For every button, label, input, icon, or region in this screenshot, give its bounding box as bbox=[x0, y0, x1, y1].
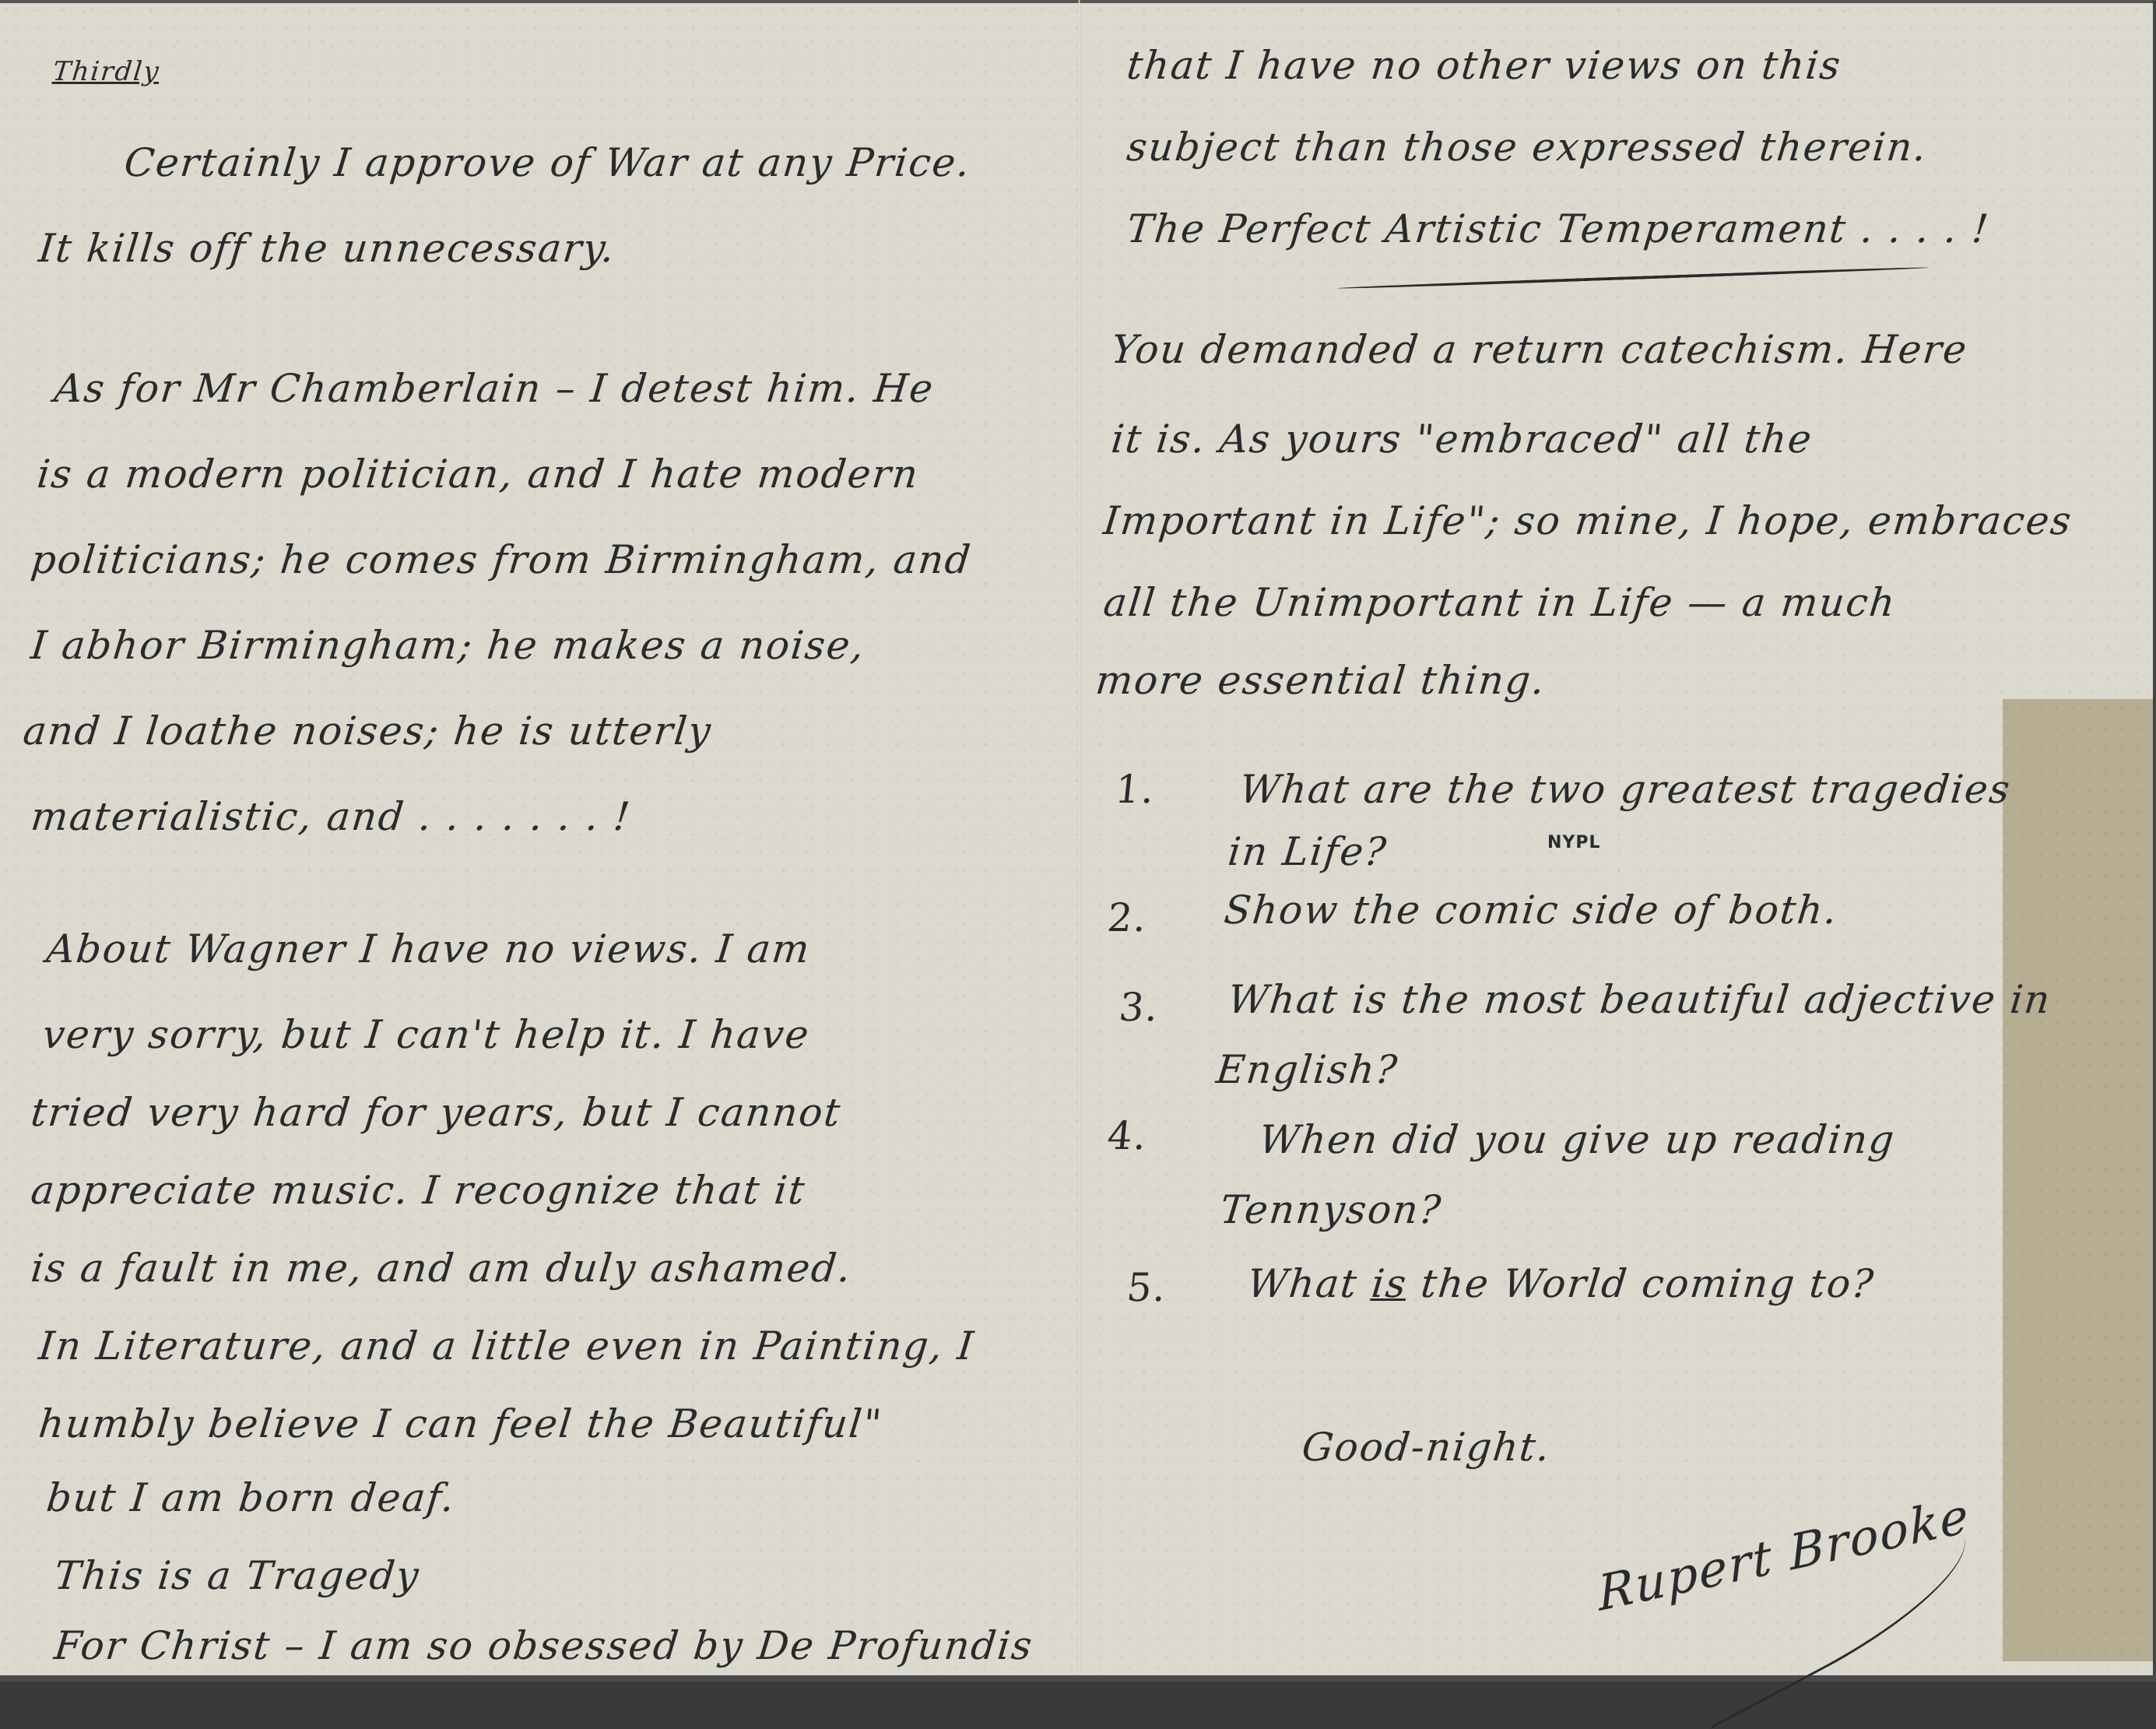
heading-thirdly: Thirdly bbox=[51, 56, 162, 87]
question-number: 1. bbox=[1113, 767, 1158, 812]
text-line: It kills off the unnecessary. bbox=[37, 226, 618, 271]
text-line: humbly believe I can feel the Beautiful" bbox=[37, 1401, 885, 1446]
text-line: subject than those expressed therein. bbox=[1125, 125, 1930, 170]
right-edge bbox=[2153, 0, 2156, 1682]
text-line: You demanded a return catechism. Here bbox=[1109, 327, 1970, 372]
text-line: but I am born deaf. bbox=[44, 1475, 458, 1520]
question-number: 3. bbox=[1117, 985, 1162, 1030]
text-line: In Literature, and a little even in Pain… bbox=[37, 1323, 977, 1369]
question-text: Show the comic side of both. bbox=[1222, 887, 1840, 933]
question-number: 5. bbox=[1125, 1265, 1170, 1310]
right-page: that I have no other views on this subje… bbox=[1080, 0, 2003, 1675]
text-line: As for Mr Chamberlain – I detest him. He bbox=[52, 366, 936, 411]
question-text-after: the World coming to? bbox=[1405, 1261, 1877, 1306]
question-continuation: Tennyson? bbox=[1218, 1187, 1445, 1232]
text-line: and I loathe noises; he is utterly bbox=[21, 708, 715, 754]
text-line: The Perfect Artistic Temperament . . . .… bbox=[1125, 206, 1992, 251]
text-line: This is a Tragedy bbox=[52, 1553, 422, 1598]
question-continuation: English? bbox=[1214, 1047, 1400, 1092]
text-line: tried very hard for years, but I cannot bbox=[29, 1090, 844, 1135]
question-number: 4. bbox=[1105, 1113, 1150, 1158]
text-line: Important in Life"; so mine, I hope, emb… bbox=[1101, 498, 2074, 543]
nypl-stamp: NYPL bbox=[1547, 833, 1601, 852]
question-text-before: What bbox=[1245, 1261, 1374, 1306]
question-text: What are the two greatest tragedies bbox=[1238, 767, 2014, 812]
text-line: appreciate music. I recognize that it bbox=[29, 1168, 808, 1213]
text-line: all the Unimportant in Life — a much bbox=[1101, 580, 1898, 625]
text-line: more essential thing. bbox=[1094, 658, 1548, 703]
text-line: Certainly I approve of War at any Price. bbox=[122, 140, 973, 185]
question-text: What is the most beautiful adjective in bbox=[1226, 977, 2053, 1022]
text-line: is a modern politician, and I hate moder… bbox=[35, 452, 922, 497]
closing-good-night: Good-night. bbox=[1300, 1425, 1554, 1470]
question-continuation: in Life? bbox=[1226, 829, 1389, 874]
text-line: politicians; he comes from Birmingham, a… bbox=[29, 537, 974, 582]
text-line: very sorry, but I can't help it. I have bbox=[40, 1012, 813, 1057]
question-text-emphasis: is bbox=[1369, 1261, 1410, 1306]
question-text: When did you give up reading bbox=[1257, 1117, 1898, 1162]
text-line: is a fault in me, and am duly ashamed. bbox=[29, 1246, 854, 1291]
text-line: it is. As yours "embraced" all the bbox=[1109, 416, 1815, 462]
text-line: that I have no other views on this bbox=[1125, 43, 1844, 88]
question-number: 2. bbox=[1105, 895, 1150, 940]
text-line: I abhor Birmingham; he makes a noise, bbox=[29, 623, 868, 668]
section-divider bbox=[1337, 266, 1929, 290]
text-line: For Christ – I am so obsessed by De Prof… bbox=[52, 1623, 1035, 1668]
text-line: About Wagner I have no views. I am bbox=[44, 926, 813, 972]
letter-sheet: Thirdly Certainly I approve of War at an… bbox=[0, 0, 2156, 1682]
question-text: What is the World coming to? bbox=[1245, 1261, 1877, 1306]
bottom-edge bbox=[0, 1675, 2156, 1682]
text-line: materialistic, and . . . . . . . ! bbox=[29, 794, 634, 839]
left-page: Thirdly Certainly I approve of War at an… bbox=[0, 0, 1078, 1675]
mount-strip bbox=[2003, 699, 2153, 1661]
